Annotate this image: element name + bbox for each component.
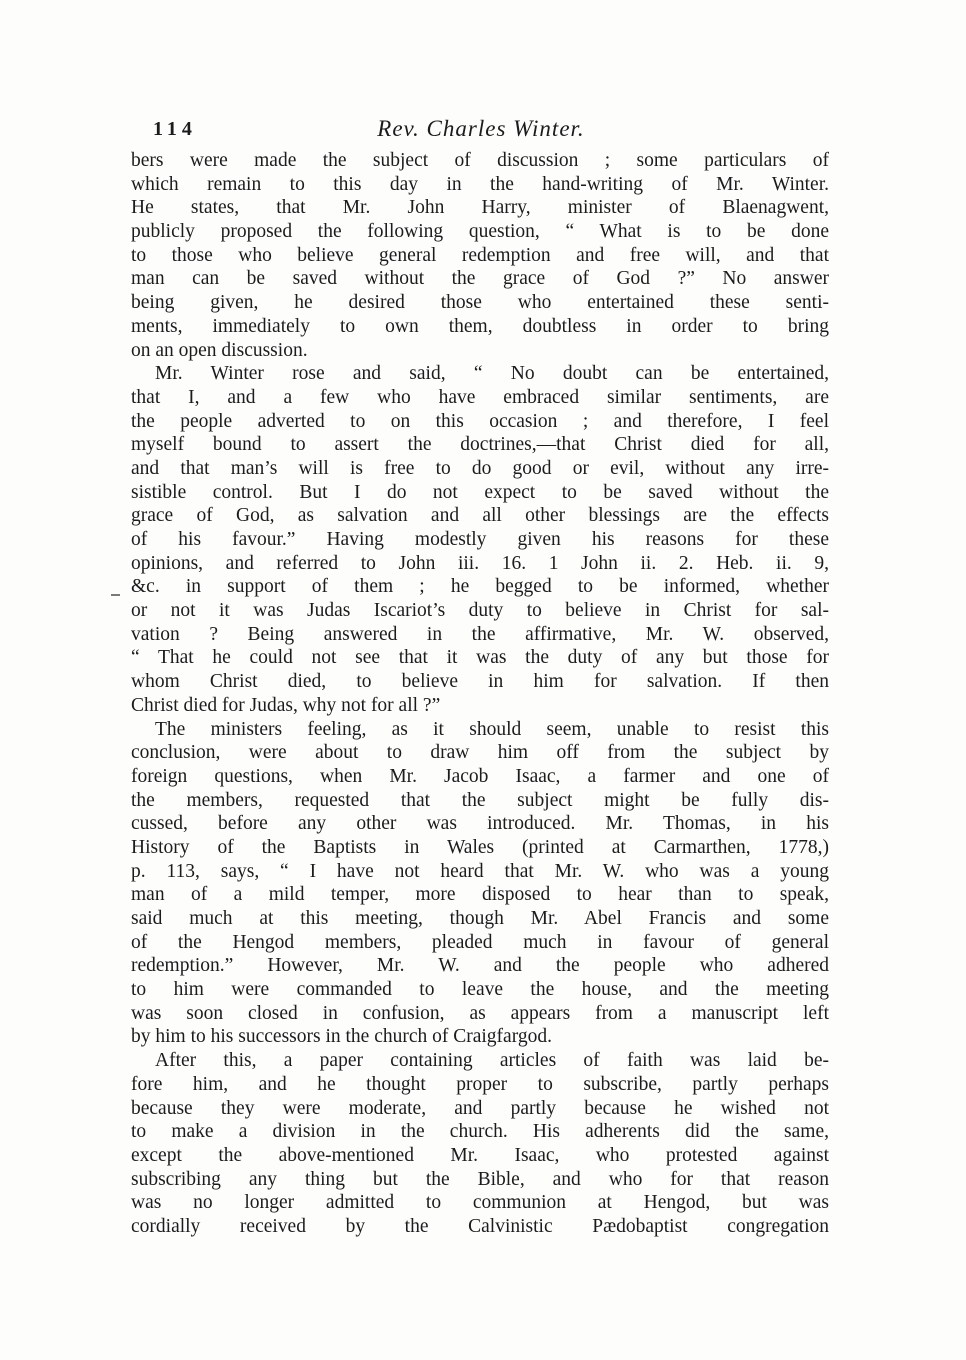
- margin-artifact-dash: [111, 594, 120, 596]
- text-line: Christ died for Judas, why not for all ?…: [131, 694, 829, 718]
- text-line: cussed, before any other was introduced.…: [131, 812, 829, 836]
- text-line: opinions, and referred to John iii. 16. …: [131, 552, 829, 576]
- text-line: He states, that Mr. John Harry, minister…: [131, 196, 829, 220]
- text-line: of the Hengod members, pleaded much in f…: [131, 931, 829, 955]
- text-line: subscribing any thing but the Bible, and…: [131, 1168, 829, 1192]
- text-line: that I, and a few who have embraced simi…: [131, 386, 829, 410]
- paragraph: Mr. Winter rose and said, “ No doubt can…: [131, 362, 829, 717]
- text-line: man can be saved without the grace of Go…: [131, 267, 829, 291]
- text-line: the members, requested that the subject …: [131, 789, 829, 813]
- text-line: Mr. Winter rose and said, “ No doubt can…: [131, 362, 829, 386]
- text-line: and that man’s will is free to do good o…: [131, 457, 829, 481]
- text-line: ments, immediately to own them, doubtles…: [131, 315, 829, 339]
- text-line: said much at this meeting, though Mr. Ab…: [131, 907, 829, 931]
- text-line: History of the Baptists in Wales (printe…: [131, 836, 829, 860]
- text-line: redemption.” However, Mr. W. and the peo…: [131, 954, 829, 978]
- text-line: “ That he could not see that it was the …: [131, 646, 829, 670]
- text-line: being given, he desired those who entert…: [131, 291, 829, 315]
- text-line: cordially received by the Calvinistic Pæ…: [131, 1215, 829, 1239]
- text-line: p. 113, says, “ I have not heard that Mr…: [131, 860, 829, 884]
- text-line: conclusion, were about to draw him off f…: [131, 741, 829, 765]
- text-line: to those who believe general redemption …: [131, 244, 829, 268]
- text-line: myself bound to assert the doctrines,—th…: [131, 433, 829, 457]
- paragraph: The ministers feeling, as it should seem…: [131, 718, 829, 1050]
- text-line: vation ? Being answered in the affirmati…: [131, 623, 829, 647]
- text-line: to make a division in the church. His ad…: [131, 1120, 829, 1144]
- text-line: man of a mild temper, more disposed to h…: [131, 883, 829, 907]
- text-line: to him were commanded to leave the house…: [131, 978, 829, 1002]
- text-line: whom Christ died, to believe in him for …: [131, 670, 829, 694]
- text-line: &c. in support of them ; he begged to be…: [131, 575, 829, 599]
- text-line: of his favour.” Having modestly given hi…: [131, 528, 829, 552]
- text-line: except the above-mentioned Mr. Isaac, wh…: [131, 1144, 829, 1168]
- text-line: the people adverted to on this occasion …: [131, 410, 829, 434]
- text-line: sistible control. But I do not expect to…: [131, 481, 829, 505]
- text-line: because they were moderate, and partly b…: [131, 1097, 829, 1121]
- text-line: fore him, and he thought proper to subsc…: [131, 1073, 829, 1097]
- text-line: on an open discussion.: [131, 339, 829, 363]
- text-line: publicly proposed the following question…: [131, 220, 829, 244]
- scanned-book-page: 114 Rev. Charles Winter. bers were made …: [0, 0, 966, 1360]
- page-header: 114 Rev. Charles Winter.: [131, 116, 831, 148]
- text-line: or not it was Judas Iscariot’s duty to b…: [131, 599, 829, 623]
- text-line: foreign questions, when Mr. Jacob Isaac,…: [131, 765, 829, 789]
- text-line: bers were made the subject of discussion…: [131, 149, 829, 173]
- text-line: The ministers feeling, as it should seem…: [131, 718, 829, 742]
- text-line: which remain to this day in the hand-wri…: [131, 173, 829, 197]
- text-line: by him to his successors in the church o…: [131, 1025, 829, 1049]
- text-line: was no longer admitted to communion at H…: [131, 1191, 829, 1215]
- text-line: grace of God, as salvation and all other…: [131, 504, 829, 528]
- paragraph: bers were made the subject of discussion…: [131, 149, 829, 362]
- page-body: bers were made the subject of discussion…: [131, 149, 829, 1239]
- text-line: After this, a paper containing articles …: [131, 1049, 829, 1073]
- text-line: was soon closed in confusion, as appears…: [131, 1002, 829, 1026]
- paragraph: After this, a paper containing articles …: [131, 1049, 829, 1239]
- running-head: Rev. Charles Winter.: [131, 116, 831, 142]
